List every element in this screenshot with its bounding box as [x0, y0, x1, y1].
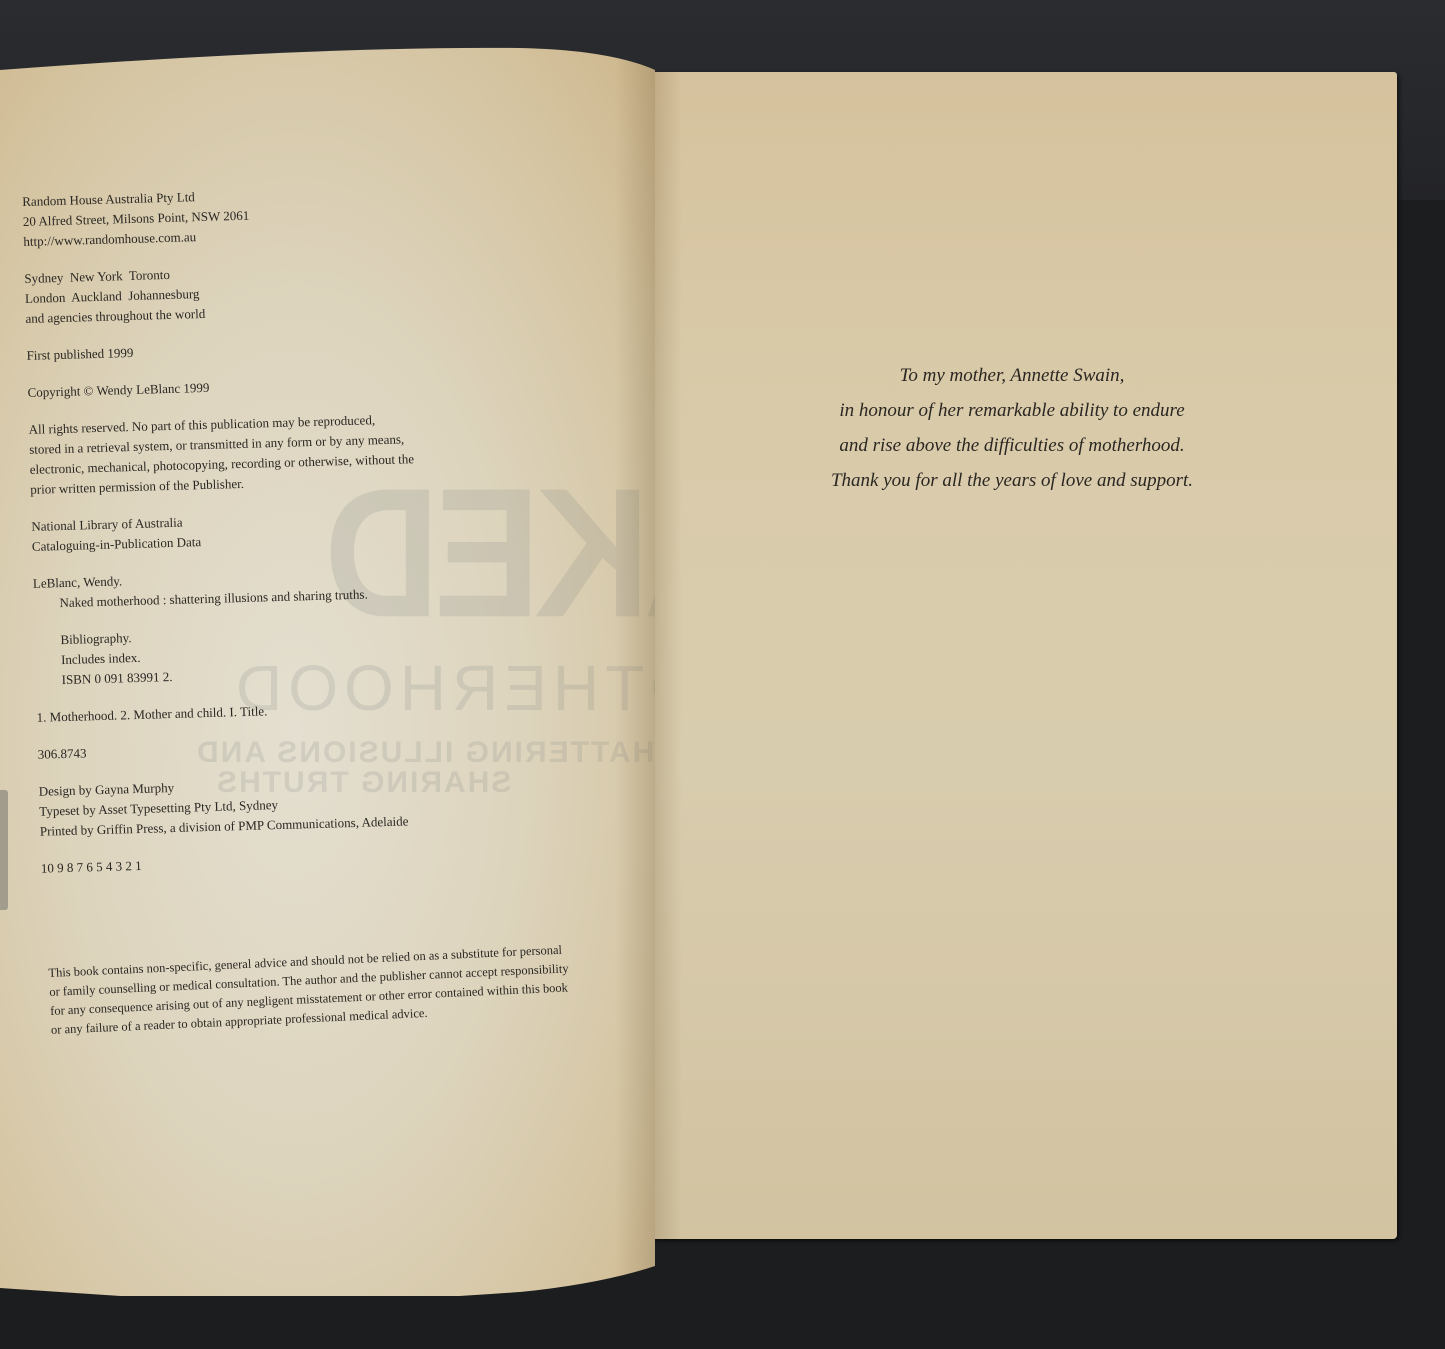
credits-block: Design by Gayna Murphy Typeset by Asset …: [38, 765, 649, 842]
cip-header: National Library of Australia Cataloguin…: [31, 500, 642, 557]
page-edge-tab: [0, 790, 8, 910]
cip-subjects: 1. Motherhood. 2. Mother and child. I. T…: [36, 691, 646, 728]
dedication-line: and rise above the difficulties of mothe…: [762, 428, 1262, 463]
cip-subjects-text: 1. Motherhood. 2. Mother and child. I. T…: [36, 691, 646, 728]
locations-block: Sydney New York Toronto London Auckland …: [24, 252, 635, 329]
dedication-line: in honour of her remarkable ability to e…: [762, 393, 1262, 428]
first-published-text: First published 1999: [26, 329, 636, 366]
cip-notes: Bibliography. Includes index. ISBN 0 091…: [34, 614, 645, 691]
dedication-line: To my mother, Annette Swain,: [762, 358, 1262, 393]
dedication: To my mother, Annette Swain, in honour o…: [762, 358, 1262, 498]
rights-block: All rights reserved. No part of this pub…: [28, 403, 640, 500]
classification-number: 306.8743: [37, 728, 647, 765]
cip-entry: LeBlanc, Wendy. Naked motherhood : shatt…: [33, 557, 644, 614]
print-line-text: 10 9 8 7 6 5 4 3 2 1: [41, 842, 651, 879]
right-page: [652, 72, 1397, 1239]
cip-classification: 306.8743: [37, 728, 647, 765]
dedication-line: Thank you for all the years of love and …: [762, 463, 1262, 498]
copyright-text: Copyright © Wendy LeBlanc 1999: [27, 366, 637, 403]
imprint-page: Random House Australia Pty Ltd 20 Alfred…: [22, 175, 651, 896]
print-line: 10 9 8 7 6 5 4 3 2 1: [41, 842, 651, 879]
first-published: First published 1999: [26, 329, 636, 366]
copyright: Copyright © Wendy LeBlanc 1999: [27, 366, 637, 403]
